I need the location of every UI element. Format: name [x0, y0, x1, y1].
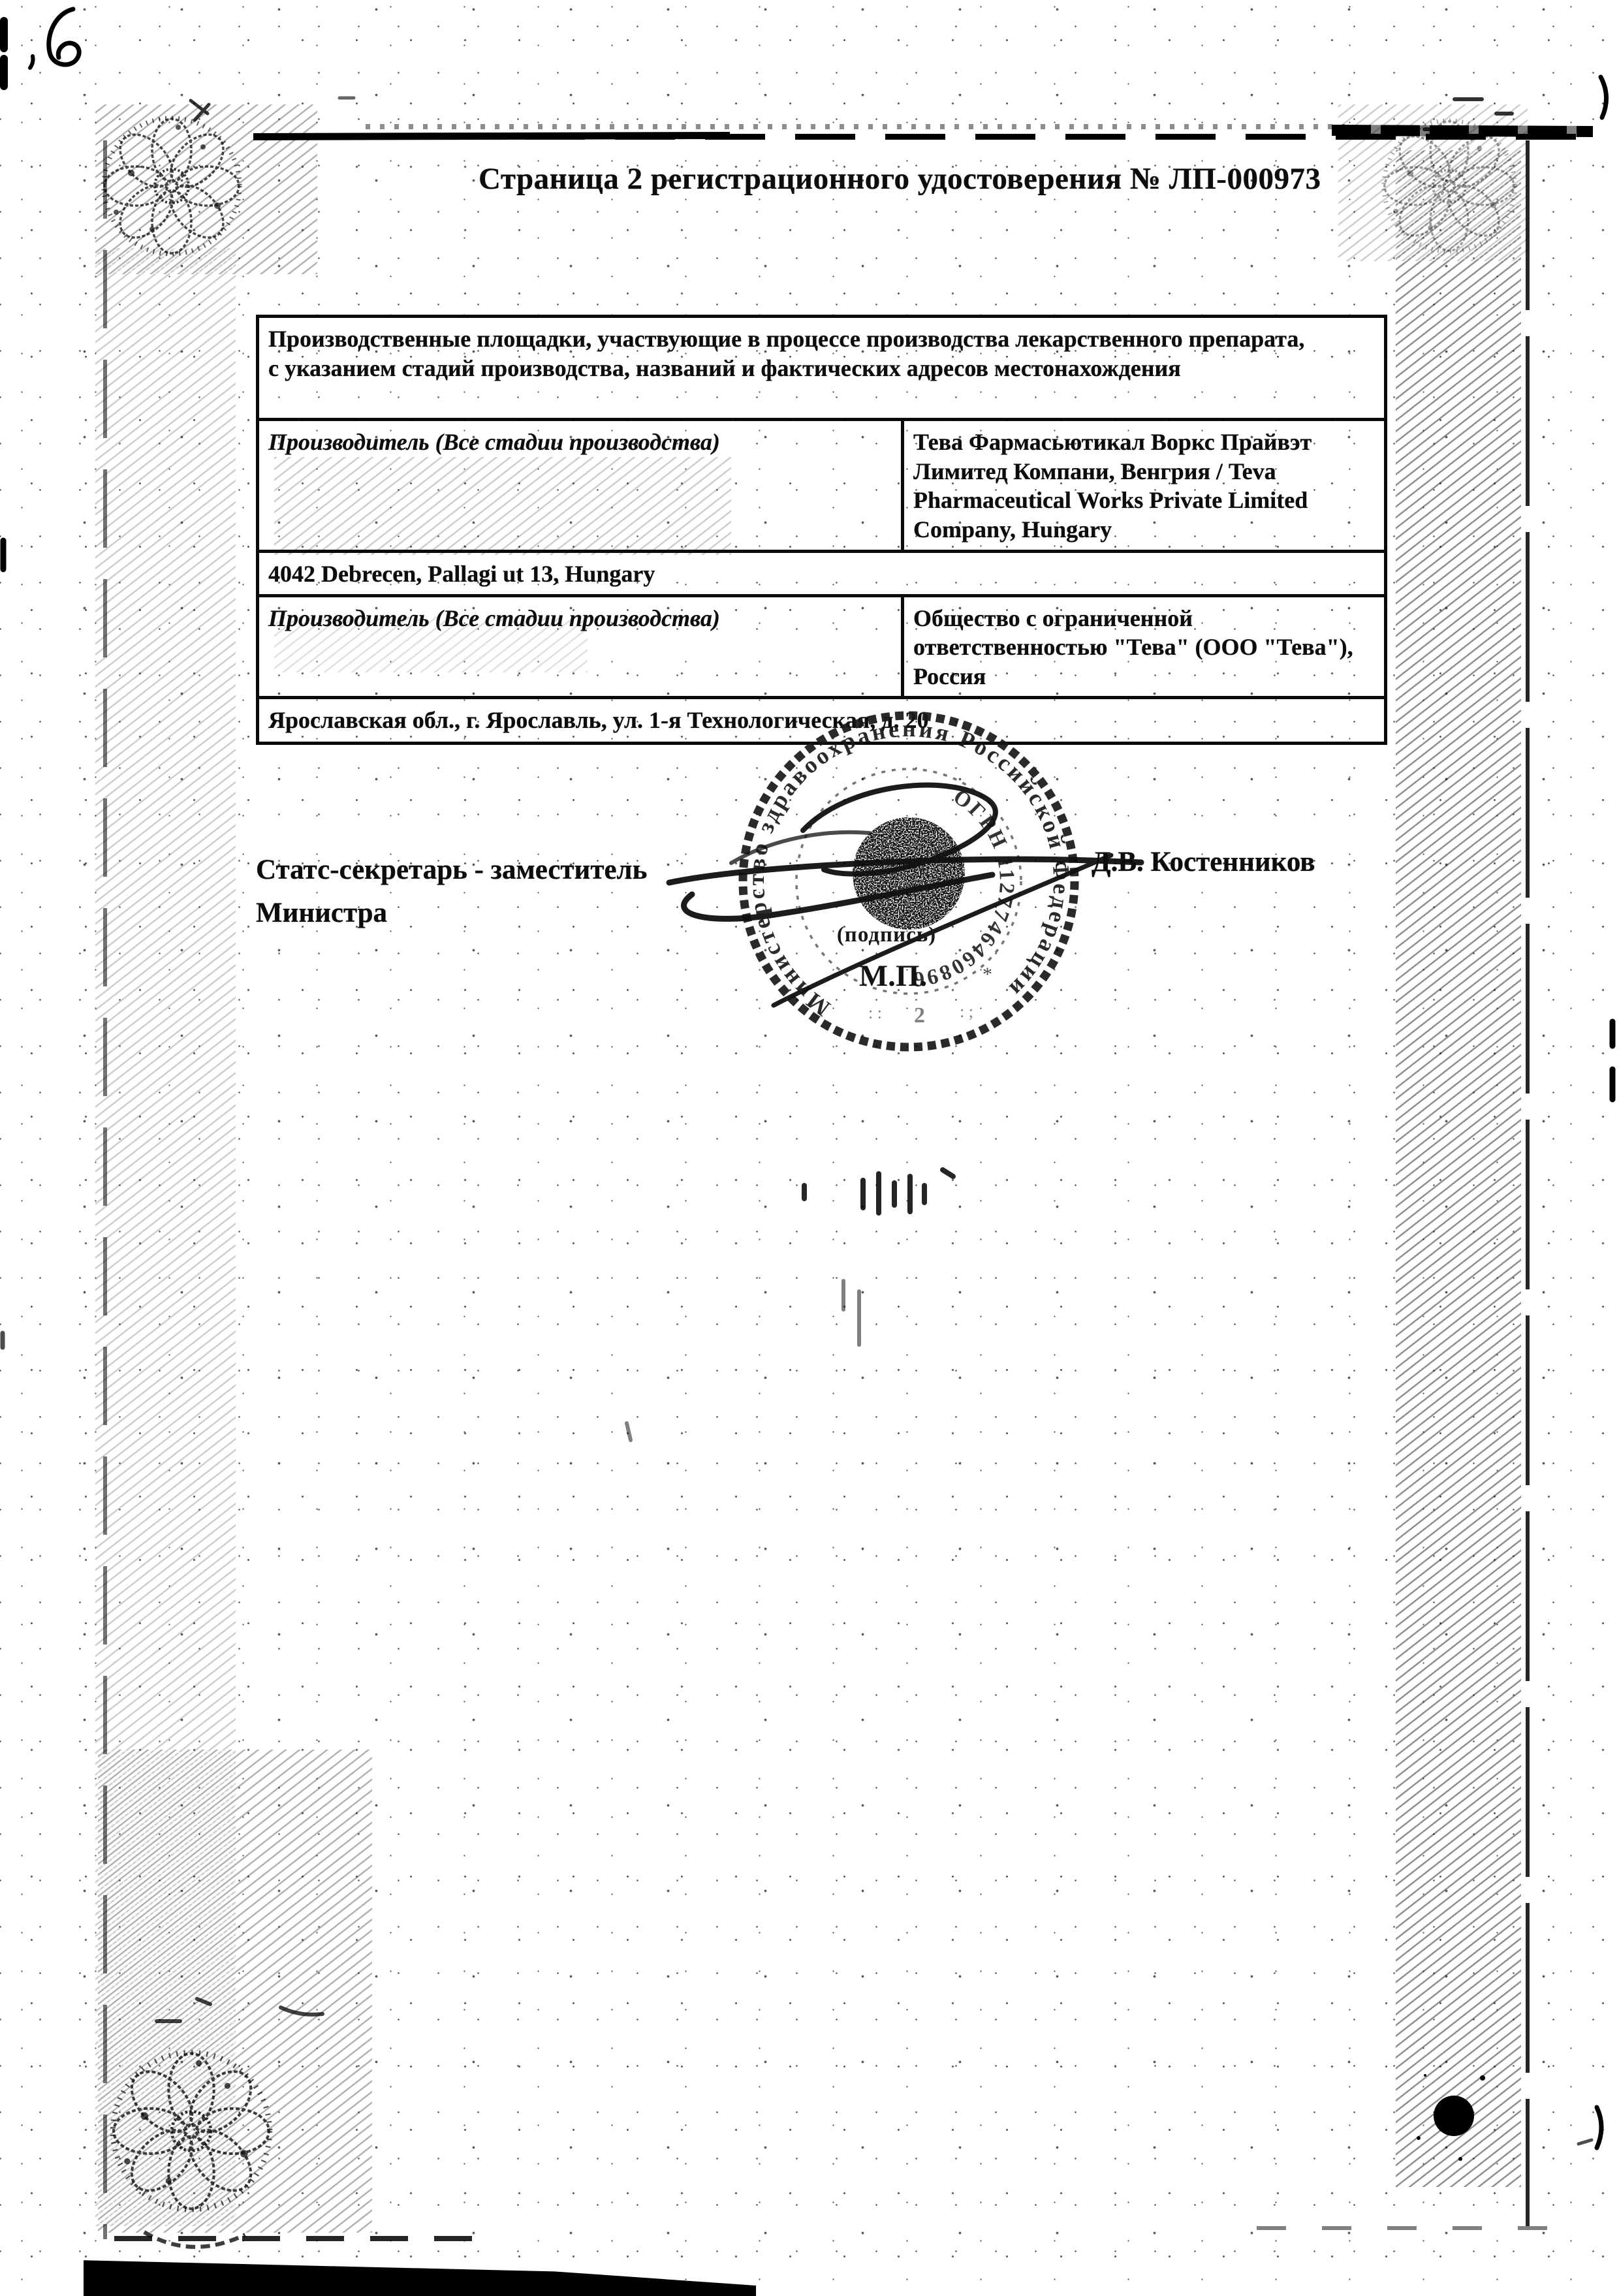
top-left-cross-mark	[191, 101, 209, 120]
below-stamp-ticks	[804, 1170, 953, 1213]
top-right-dashes	[1424, 99, 1512, 129]
scan-artifacts	[0, 0, 1619, 2296]
scanned-certificate-page: 6 Страница 2 регистрационного удостовере…	[0, 0, 1619, 2296]
right-edge-mark	[1597, 2107, 1601, 2148]
punch-hole-dot	[1434, 2096, 1474, 2136]
right-edge-mark	[1601, 77, 1607, 118]
bottom-left-marks	[157, 1999, 322, 2021]
right-edge-mark	[1579, 2140, 1592, 2144]
mid-page-marks	[627, 1281, 859, 1440]
